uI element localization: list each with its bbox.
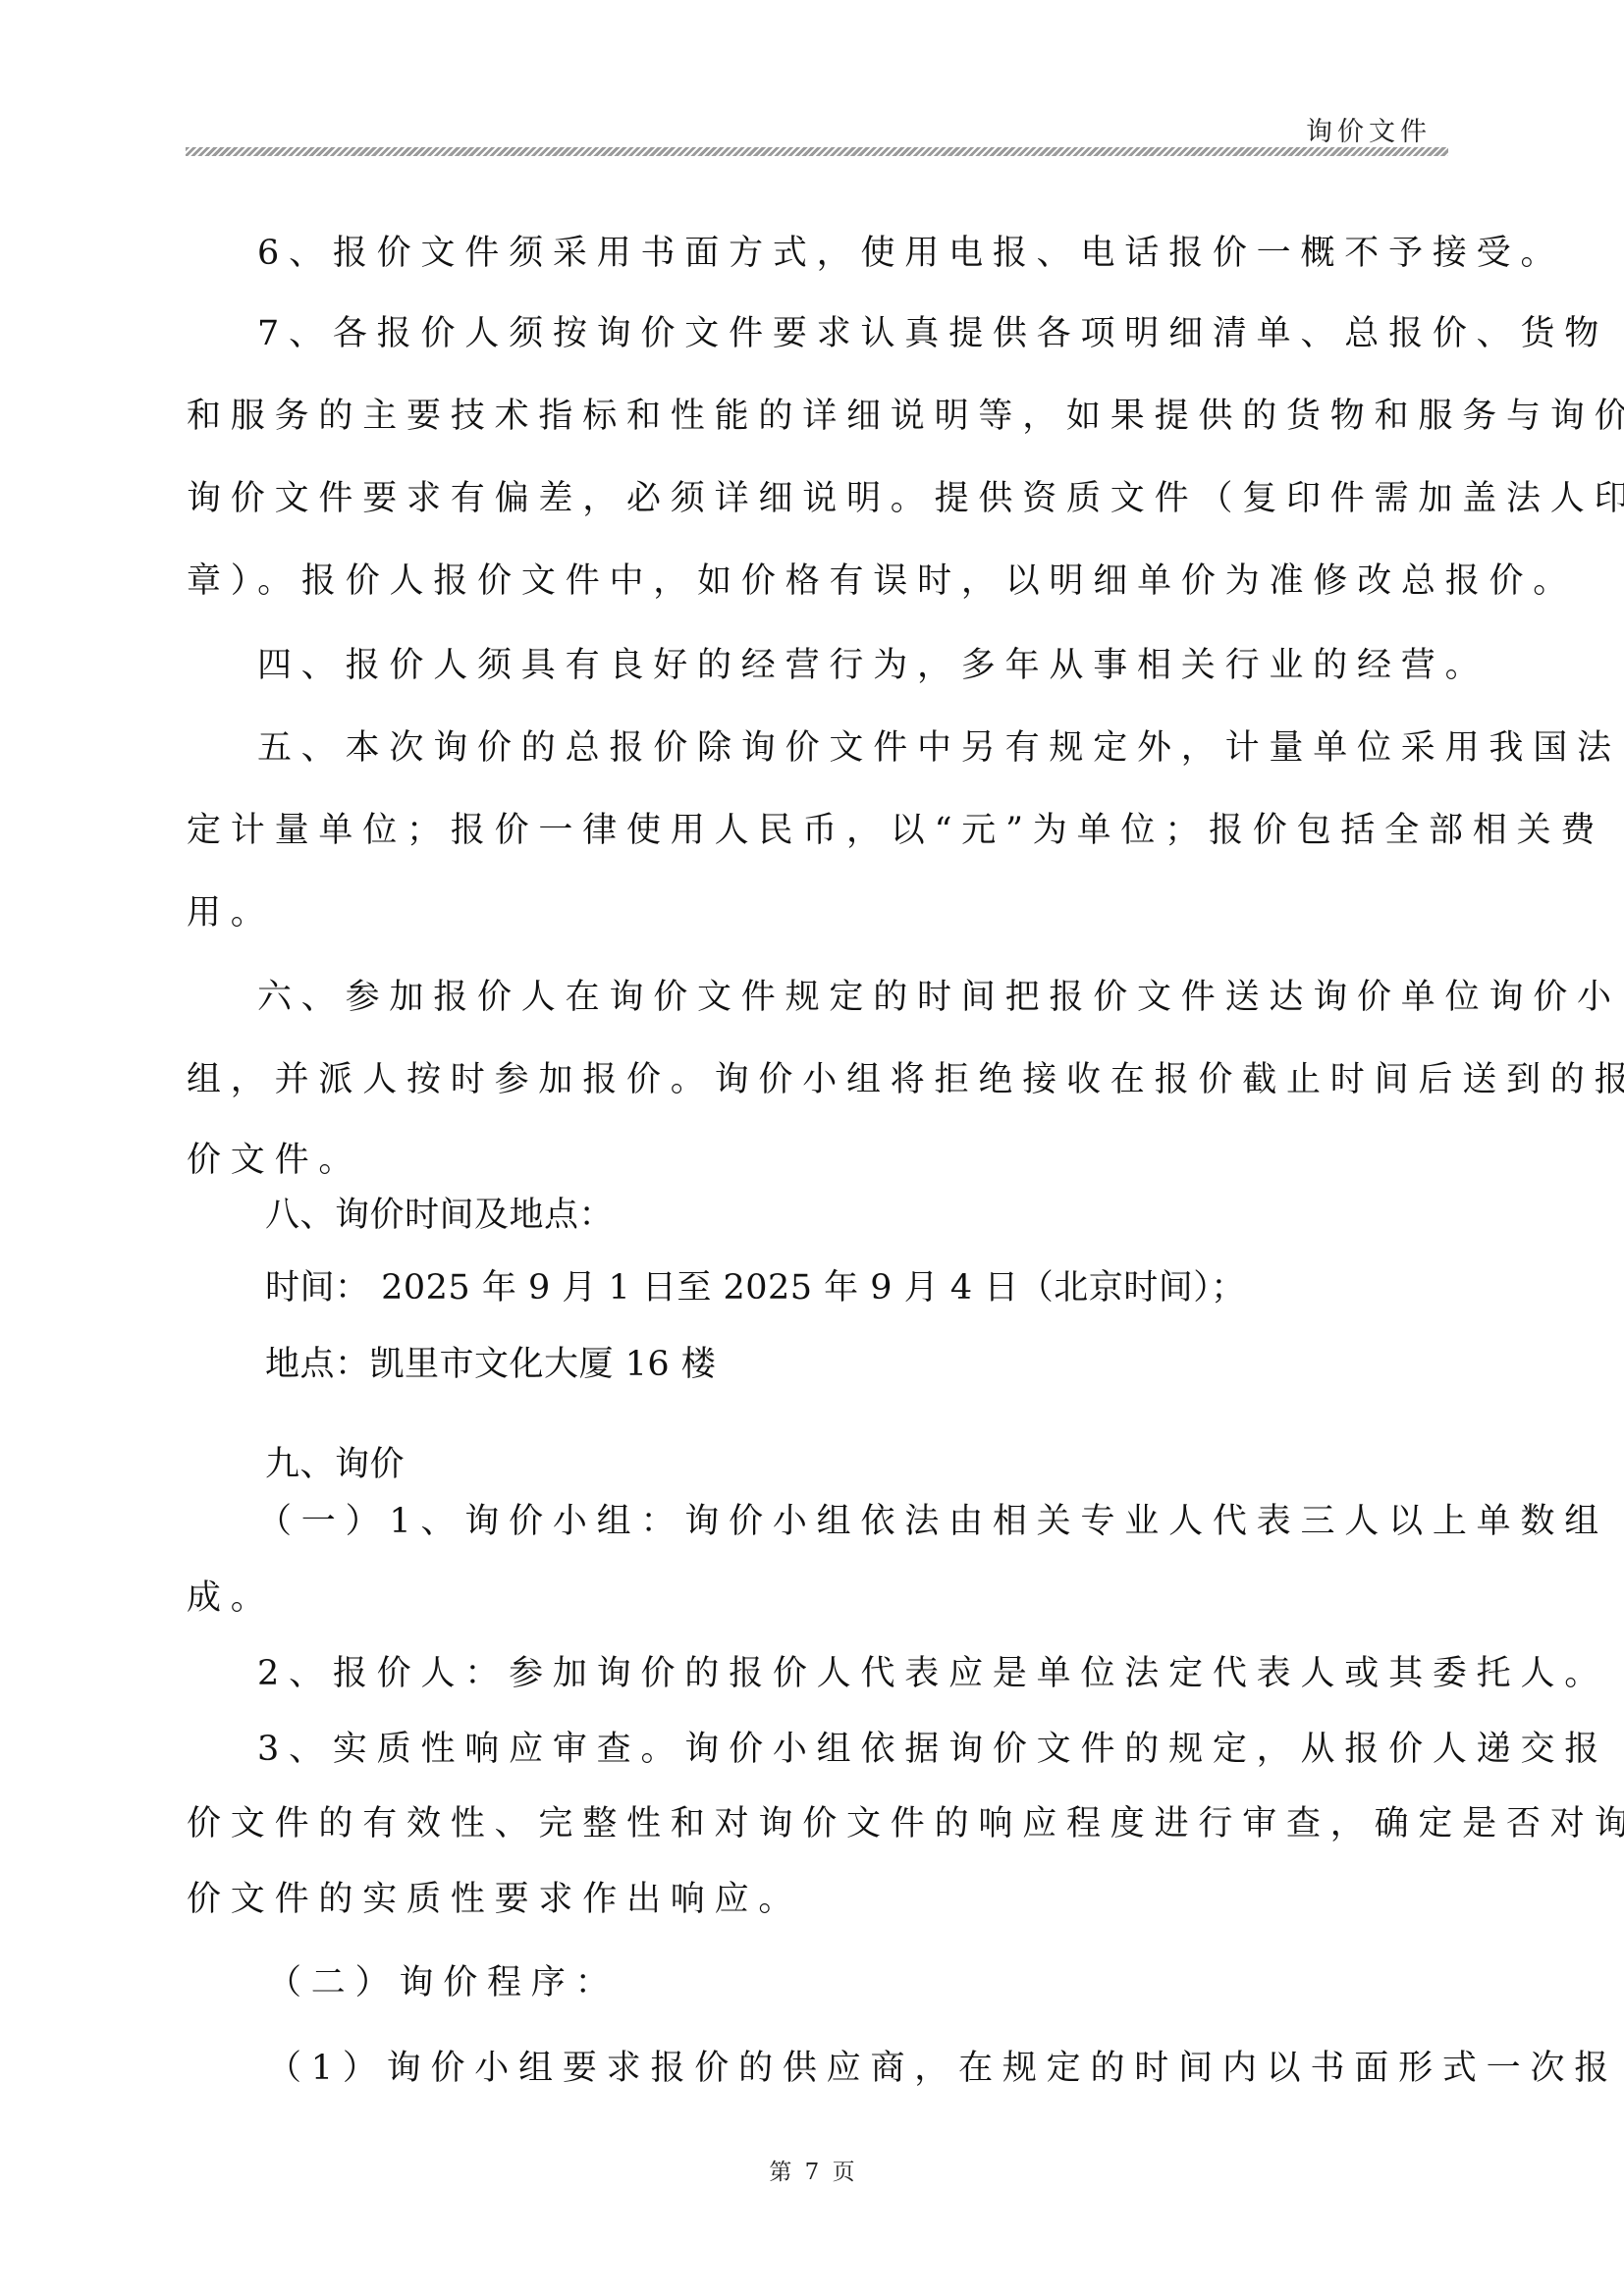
section-heading-5: 五、本次询价的总报价除询价文件中另有规定外，计量单位采用我国法 [257, 728, 1621, 768]
paragraph-line: 定计量单位；报价一律使用人民币，以“元”为单位；报价包括全部相关费 [187, 811, 1604, 850]
section-heading-8: 八、询价时间及地点： [265, 1196, 614, 1235]
section-heading-6: 六、参加报价人在询价文件规定的时间把报价文件送达询价单位询价小 [257, 978, 1621, 1017]
subsection-heading-2: （二）询价程序： [267, 1963, 619, 2002]
paragraph-line: 成。 [187, 1578, 275, 1618]
paragraph-line: 价文件的实质性要求作出响应。 [187, 1880, 802, 1919]
section-heading-9: 九、询价 [265, 1445, 405, 1484]
inquiry-time: 时间： 2025 年 9 月 1 日至 2025 年 9 月 4 日（北京时间）… [265, 1268, 1246, 1308]
paragraph-line: 价文件的有效性、完整性和对询价文件的响应程度进行审查，确定是否对询 [187, 1804, 1624, 1843]
paragraph-line: 和服务的主要技术指标和性能的详细说明等，如果提供的货物和服务与询价 [187, 397, 1624, 436]
paragraph-line: 6、报价文件须采用书面方式，使用电报、电话报价一概不予接受。 [257, 234, 1564, 273]
paragraph-line: 询价文件要求有偏差，必须详细说明。提供资质文件（复印件需加盖法人印 [187, 479, 1624, 518]
paragraph-line: 组，并派人按时参加报价。询价小组将拒绝接收在报价截止时间后送到的报 [187, 1060, 1624, 1099]
inquiry-location: 地点：凯里市文化大厦 16 楼 [265, 1345, 716, 1384]
header-hatched-divider [186, 147, 1448, 156]
paragraph-line: 3、实质性响应审查。询价小组依据询价文件的规定，从报价人递交报 [257, 1730, 1608, 1769]
header-title: 询价文件 [1306, 110, 1432, 148]
section-heading-4: 四、报价人须具有良好的经营行为，多年从事相关行业的经营。 [257, 646, 1489, 685]
paragraph-line: （一）1、询价小组：询价小组依法由相关专业人代表三人以上单数组 [257, 1502, 1608, 1541]
paragraph-line: 7、各报价人须按询价文件要求认真提供各项明细清单、总报价、货物 [257, 314, 1608, 353]
paragraph-line: 价文件。 [187, 1141, 362, 1180]
paragraph-line: （1）询价小组要求报价的供应商，在规定的时间内以书面形式一次报 [267, 2049, 1618, 2088]
page-number: 第 7 页 [0, 2154, 1624, 2186]
paragraph-line: 2、报价人：参加询价的报价人代表应是单位法定代表人或其委托人。 [257, 1654, 1608, 1693]
paragraph-line: 用。 [187, 893, 275, 933]
paragraph-line: 章）。报价人报价文件中，如价格有误时，以明细单价为准修改总报价。 [187, 561, 1577, 601]
